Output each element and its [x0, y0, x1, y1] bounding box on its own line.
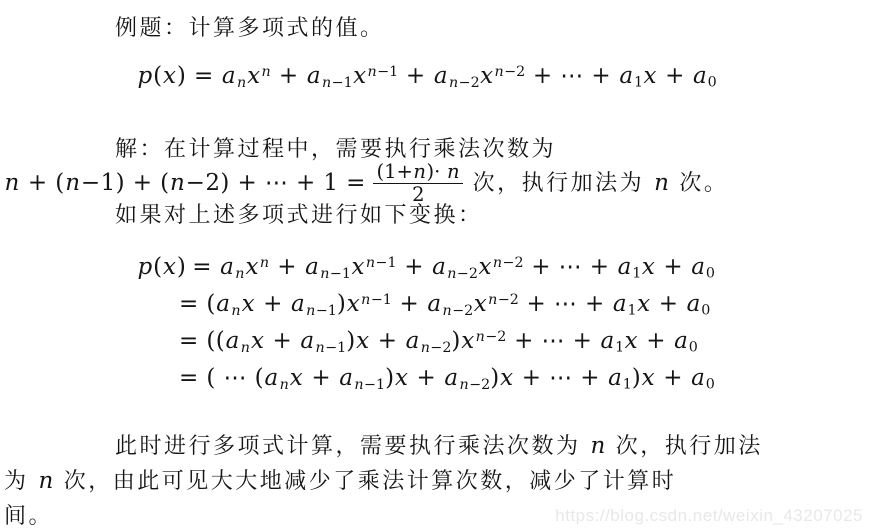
main-polynomial-formula: p(x) = anxn + an−1xn−1 + an−2xn−2 + ⋯ + … [137, 63, 717, 89]
equation-row: = ( ⋯ (anx + an−1)x + an−2)x + ⋯ + a1)x … [137, 360, 715, 397]
equation-rhs: = ((anx + an−1)x + an−2)xn−2 + ⋯ + a1x +… [179, 328, 698, 354]
derivation-block: p(x)= anxn + an−1xn−1 + an−2xn−2 + ⋯ + a… [137, 249, 715, 397]
equation-lhs: p(x) [137, 249, 186, 286]
equation-row: p(x)= anxn + an−1xn−1 + an−2xn−2 + ⋯ + a… [137, 249, 715, 286]
conclusion-line-2: 为 n 次，由此可见大大地减少了乘法计算次数，减少了计算时 [4, 464, 676, 495]
intro-line: 例题：计算多项式的值。 [115, 11, 385, 42]
equation-row: = ((anx + an−1)x + an−2)xn−2 + ⋯ + a1x +… [137, 323, 715, 360]
solution-line-3: 如果对上述多项式进行如下变换： [115, 198, 483, 229]
watermark-url: https://blog.csdn.net/weixin_43207025 [555, 506, 863, 526]
equation-row: = (anx + an−1)xn−1 + an−2xn−2 + ⋯ + a1x … [137, 286, 715, 323]
document-page: 例题：计算多项式的值。 p(x) = anxn + an−1xn−1 + an−… [0, 0, 869, 530]
conclusion-line-1: 此时进行多项式计算，需要执行乘法次数为 n 次，执行加法 [115, 429, 763, 460]
equation-rhs: = (anx + an−1)xn−1 + an−2xn−2 + ⋯ + a1x … [179, 291, 710, 317]
conclusion-line-3: 间。 [4, 499, 53, 530]
equation-rhs: = anxn + an−1xn−1 + an−2xn−2 + ⋯ + a1x +… [192, 254, 715, 280]
equation-rhs: = ( ⋯ (anx + an−1)x + an−2)x + ⋯ + a1)x … [179, 365, 715, 391]
solution-line-1: 解：在计算过程中，需要执行乘法次数为 [115, 132, 556, 163]
